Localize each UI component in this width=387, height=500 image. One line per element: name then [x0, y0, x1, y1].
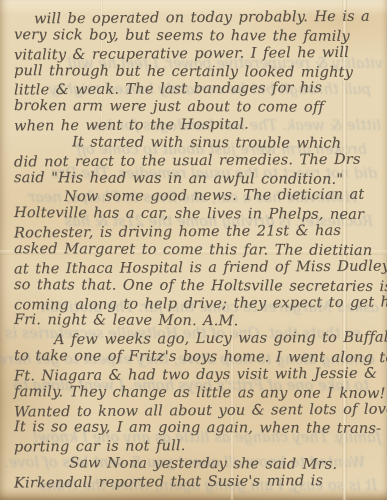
letter-body: will be operated on today probably. He i… [0, 10, 387, 492]
letter-line: family. They change as little as any one… [14, 384, 381, 404]
letter-line: so thats that. One of the Holtsville sec… [14, 277, 381, 297]
letter-line: to take one of Fritz's boys home. I went… [14, 348, 381, 368]
letter-line: Kirkendall reported that Susie's mind is [14, 472, 381, 493]
letter-line: asked Margaret to come this far. The die… [14, 241, 381, 261]
letter-line: Ft. Niagara & had two days visit with Je… [14, 365, 381, 386]
letter-line: Saw Nona yesterday she said Mrs. [14, 455, 381, 475]
letter-line: will be operated on today probably. He i… [14, 9, 381, 30]
letter-page: vitality & recuperative power. I feel he… [0, 0, 387, 500]
letter-line: vitality & recuperative power. I feel he… [14, 44, 381, 65]
letter-line: Rochester, is driving home the 21st & ha… [14, 223, 381, 244]
letter-line: very sick boy, but seems to have the fam… [14, 27, 381, 47]
letter-line: did not react to the usual remedies. The… [14, 151, 381, 172]
letter-line: when he went to the Hospital. [14, 116, 381, 137]
letter-line: It started with sinus trouble which [14, 134, 381, 154]
letter-line: at the Ithaca Hospital is a friend of Mi… [14, 258, 381, 279]
